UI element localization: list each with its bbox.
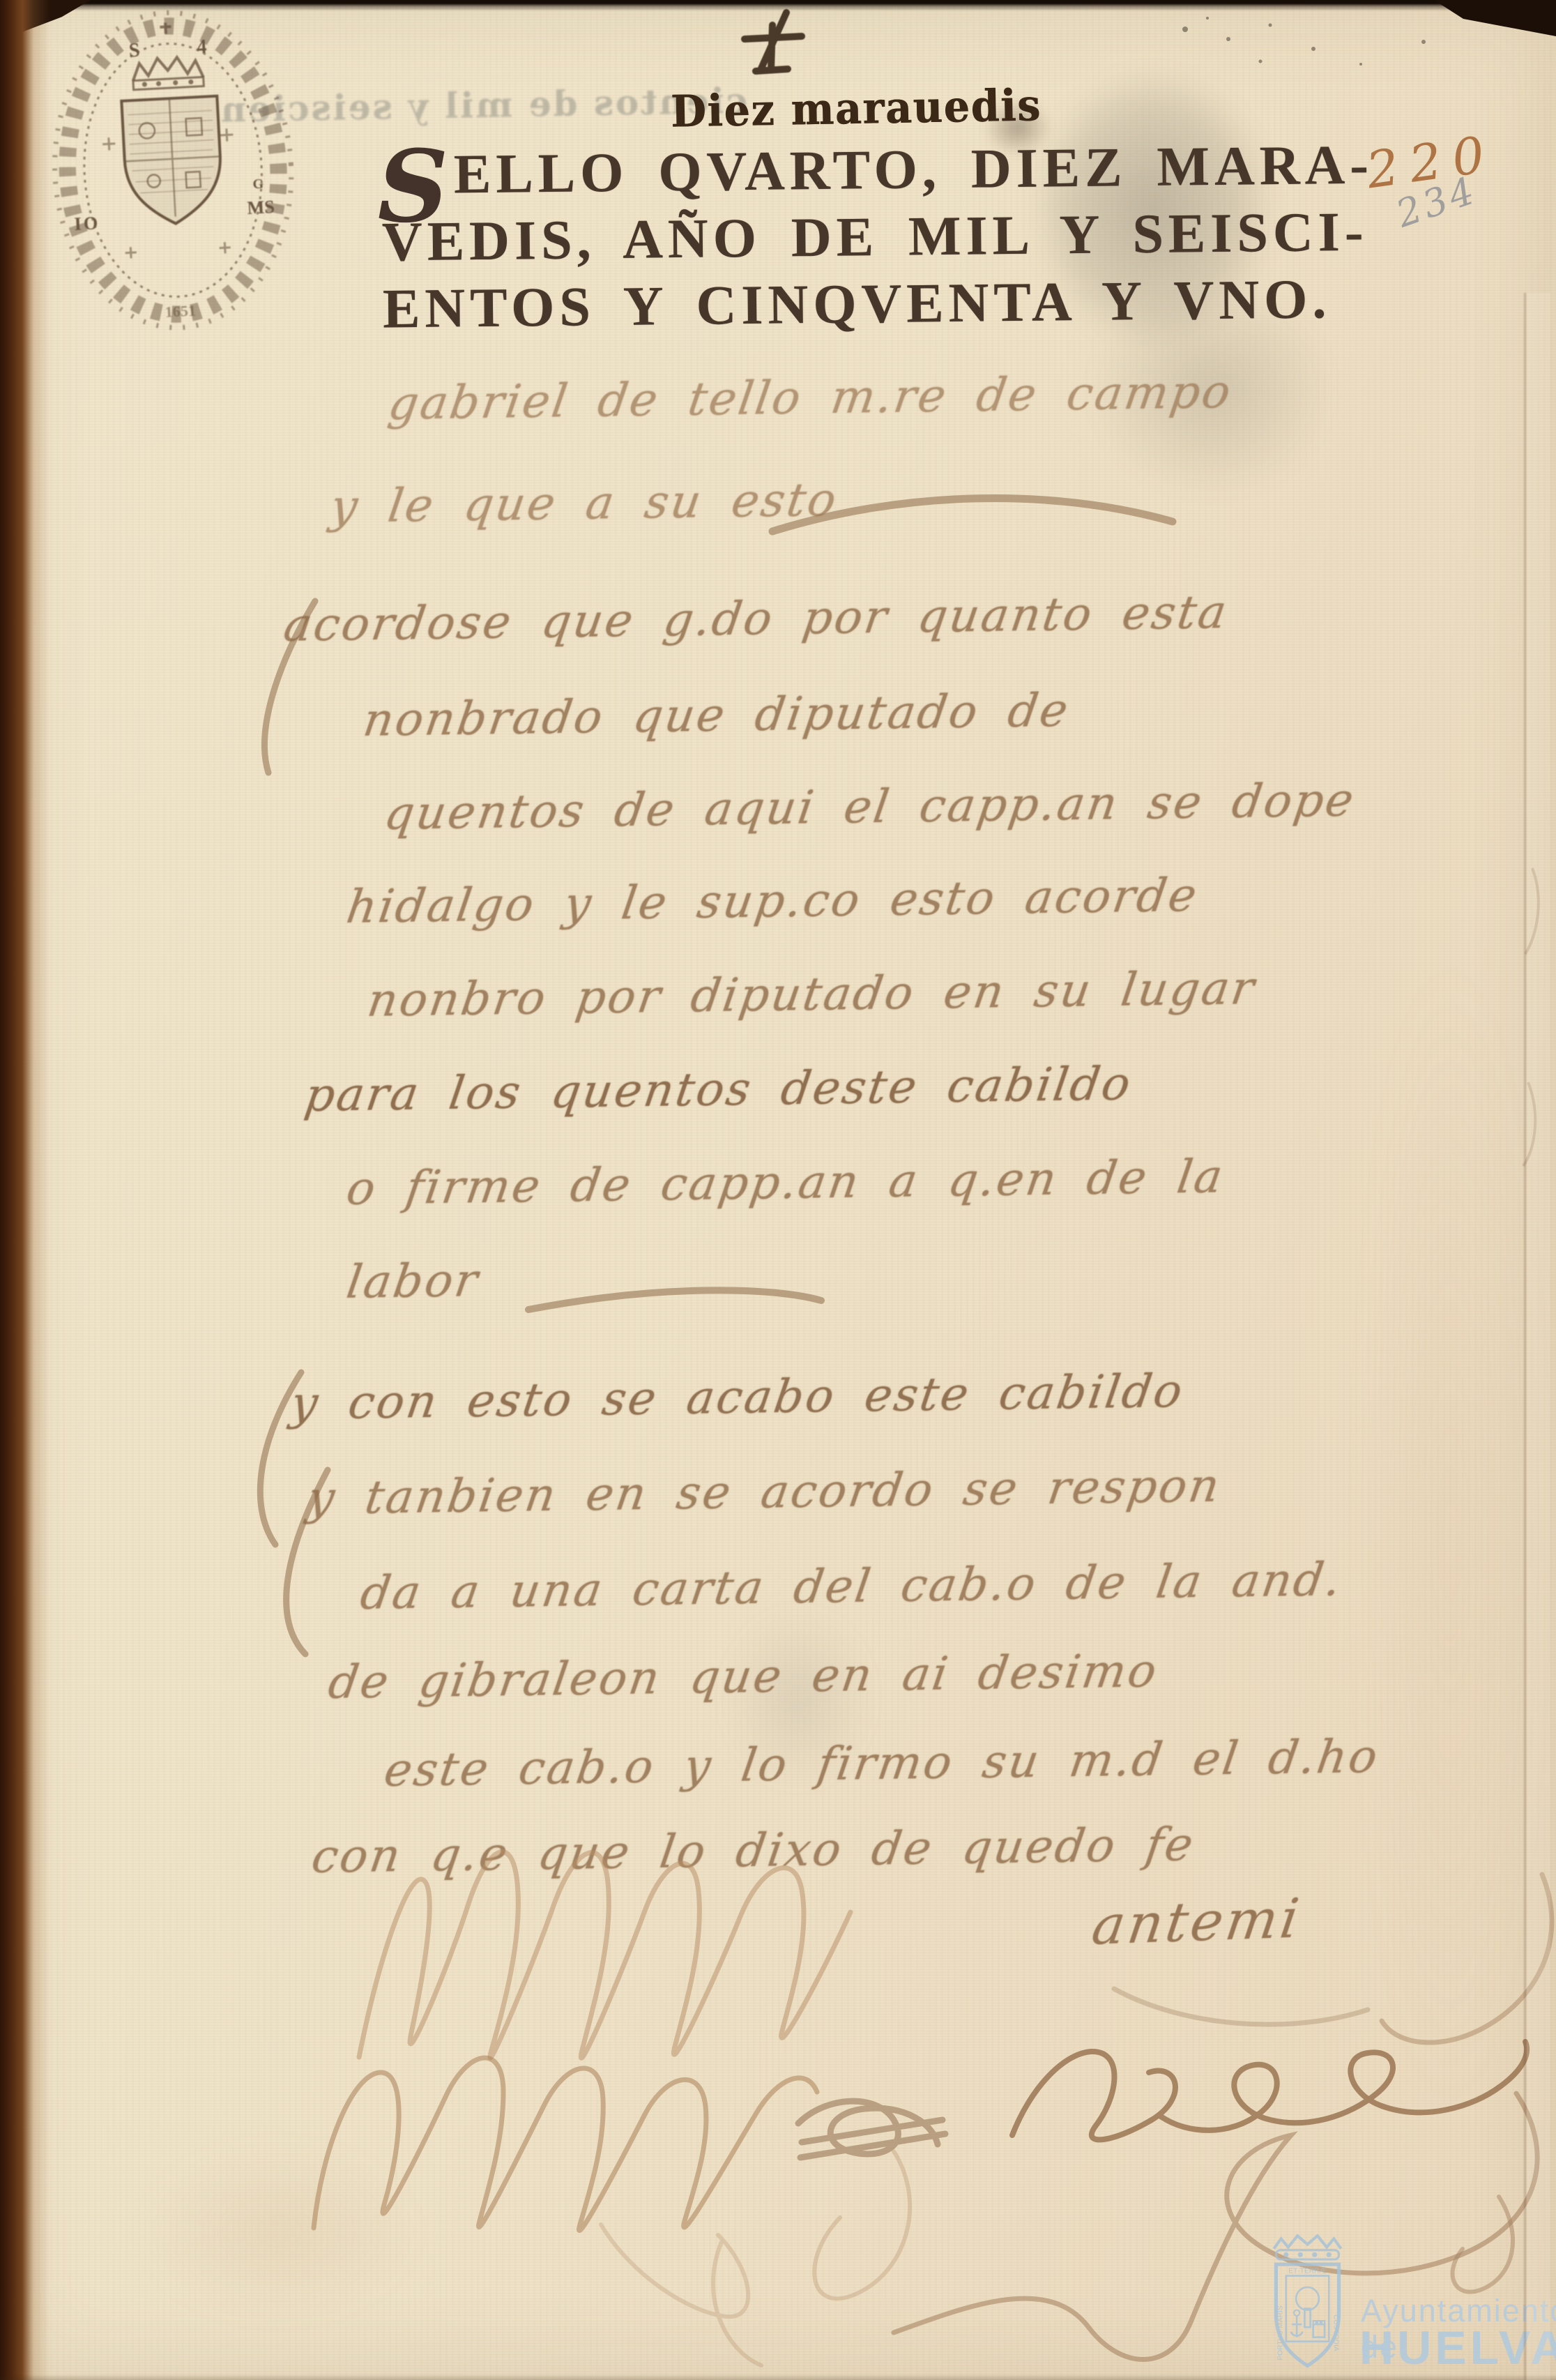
fold-crease-highlight — [1527, 293, 1550, 2380]
paper-stain — [98, 2120, 460, 2343]
manuscript-line: para los quentos deste cabildo — [301, 1056, 1136, 1122]
seal-year: 1651 — [165, 301, 197, 320]
manuscript-line: o firme de capp.an a q.en de la — [343, 1149, 1228, 1215]
manuscript-line: quentos de aqui el capp.an se dope — [381, 773, 1359, 840]
sello-header: S ELLO QVARTO, DIEZ MARA- VEDIS, AÑO DE … — [381, 132, 1375, 343]
tree-icon — [1296, 2287, 1319, 2310]
motto-right: CUSTODIA — [1332, 2314, 1339, 2351]
folio-cross-mark-icon — [736, 4, 834, 81]
ante-mi-note: antemi — [1088, 1888, 1306, 1957]
manuscript-line: con q.e que lo dixo de quedo fe — [308, 1817, 1198, 1883]
tax-value-line: Diez marauedis — [670, 79, 1042, 137]
seal-numeral-4: 4 — [197, 36, 208, 59]
manuscript-line: de gibraleon que en ai desimo — [325, 1644, 1161, 1709]
fiscal-seal-stamp: S 4 IO G MS 1651 — [33, 0, 312, 340]
seal-letters-io: IO — [74, 213, 100, 234]
seal-letter-s: S — [128, 40, 140, 62]
paper-stain — [1345, 802, 1555, 2266]
seal-letters-ms: MS — [247, 197, 275, 218]
manuscript-line: acordose que g.do por quanto esta — [280, 585, 1232, 652]
manuscript-line: nonbrado que diputado de — [360, 683, 1073, 747]
manuscript-line: y le que a su esto — [327, 473, 841, 533]
page-edge-bottom — [0, 2374, 1556, 2380]
binding-edge-left — [0, 0, 50, 2380]
seal-letter-g: G — [252, 176, 264, 192]
tower-icon — [1313, 2324, 1325, 2337]
signature-left-upper — [359, 1852, 851, 2059]
manuscript-line: labor — [343, 1253, 483, 1309]
motto-top: ET·TERRÆ — [1288, 2267, 1327, 2275]
page-edge-top — [0, 0, 1556, 11]
manuscript-line: hidalgo y le sup.co esto acorde — [343, 868, 1202, 934]
sello-line-2: VEDIS, AÑO DE MIL Y SEISCI- — [382, 199, 1375, 276]
anchor-icon — [1291, 2316, 1302, 2337]
manuscript-line: da a una carta del cab.o de la and. — [357, 1552, 1346, 1620]
signature-knot — [798, 2101, 945, 2158]
huelva-coat-of-arms-icon: ET·TERRÆ PORTUS·MARIS CUSTODIA — [1263, 2233, 1352, 2376]
manuscript-line: este cab.o y lo firmo su m.d el d.ho — [381, 1729, 1382, 1797]
sello-line-3: ENTOS Y CINQVENTA Y VNO. — [383, 266, 1375, 343]
manuscript-line: nonbro por diputado en su lugar — [364, 961, 1259, 1027]
manuscript-page: cientos de mil y seiscien Diez marauedis… — [0, 0, 1556, 2380]
sello-line-1: ELLO QVARTO, DIEZ MARA- — [381, 132, 1374, 209]
crown-icon — [1274, 2236, 1341, 2248]
motto-left: PORTUS·MARIS — [1277, 2305, 1285, 2360]
manuscript-line: y tanbien en se acordo se respon — [304, 1459, 1224, 1525]
fold-crease — [1524, 293, 1526, 2380]
manuscript-line: y con esto se acabo este cabildo — [287, 1364, 1187, 1430]
drop-cap-s: S — [376, 128, 449, 245]
page-corner-top-right — [1434, 0, 1556, 36]
